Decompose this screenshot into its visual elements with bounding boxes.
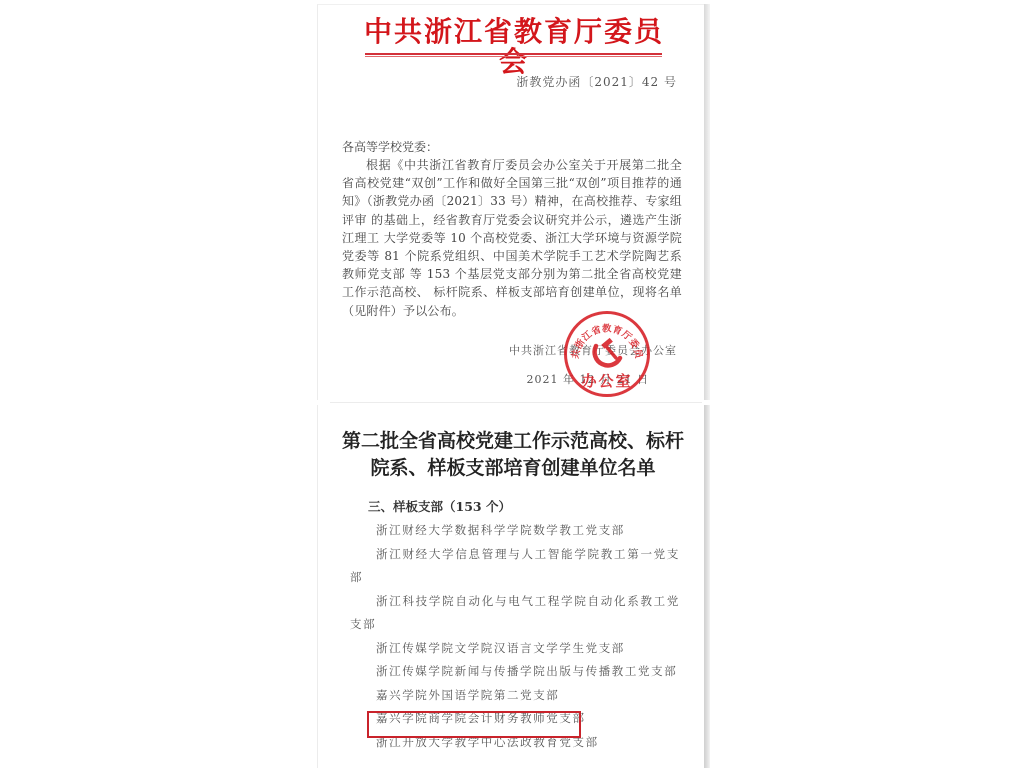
salutation: 各高等学校党委： <box>342 138 438 155</box>
highlight-box <box>367 711 581 738</box>
list-item: 浙江财经大学信息管理与人工智能学院教工第一党支部 <box>350 543 680 590</box>
section-heading: 三、样板支部（153 个） <box>368 497 511 515</box>
list-item: 浙江科技学院自动化与电气工程学院自动化系教工党支部 <box>350 590 680 637</box>
page-divider <box>330 402 702 403</box>
hammer-sickle-icon <box>590 336 626 368</box>
masthead-title: 中共浙江省教育厅委员会 <box>358 17 670 77</box>
official-seal: 中共浙江省教育厅委员会 办公室 <box>564 311 650 397</box>
document-viewer: 中共浙江省教育厅委员会 浙教党办函〔2021〕42 号 各高等学校党委： 根据《… <box>0 0 1024 768</box>
list-title: 第二批全省高校党建工作示范高校、标杆院系、样板支部培育创建单位名单 <box>338 428 688 482</box>
notice-body: 根据《中共浙江省教育厅委员会办公室关于开展第二批全省高校党建“双创”工作和做好全… <box>342 156 682 320</box>
red-rule-thin <box>365 56 662 57</box>
seal-bottom-text: 办公室 <box>567 370 647 391</box>
page-shadow <box>704 4 710 400</box>
red-rule <box>365 53 662 55</box>
list-item: 嘉兴学院外国语学院第二党支部 <box>350 684 680 708</box>
page-shadow <box>704 405 710 768</box>
list-item: 浙江传媒学院文学院汉语言文学学生党支部 <box>350 637 680 661</box>
document-number: 浙教党办函〔2021〕42 号 <box>516 73 677 90</box>
notice-page: 中共浙江省教育厅委员会 浙教党办函〔2021〕42 号 各高等学校党委： 根据《… <box>317 4 705 400</box>
list-item: 浙江传媒学院新闻与传播学院出版与传播教工党支部 <box>350 660 680 684</box>
list-item: 浙江财经大学数据科学学院数学教工党支部 <box>350 519 680 543</box>
